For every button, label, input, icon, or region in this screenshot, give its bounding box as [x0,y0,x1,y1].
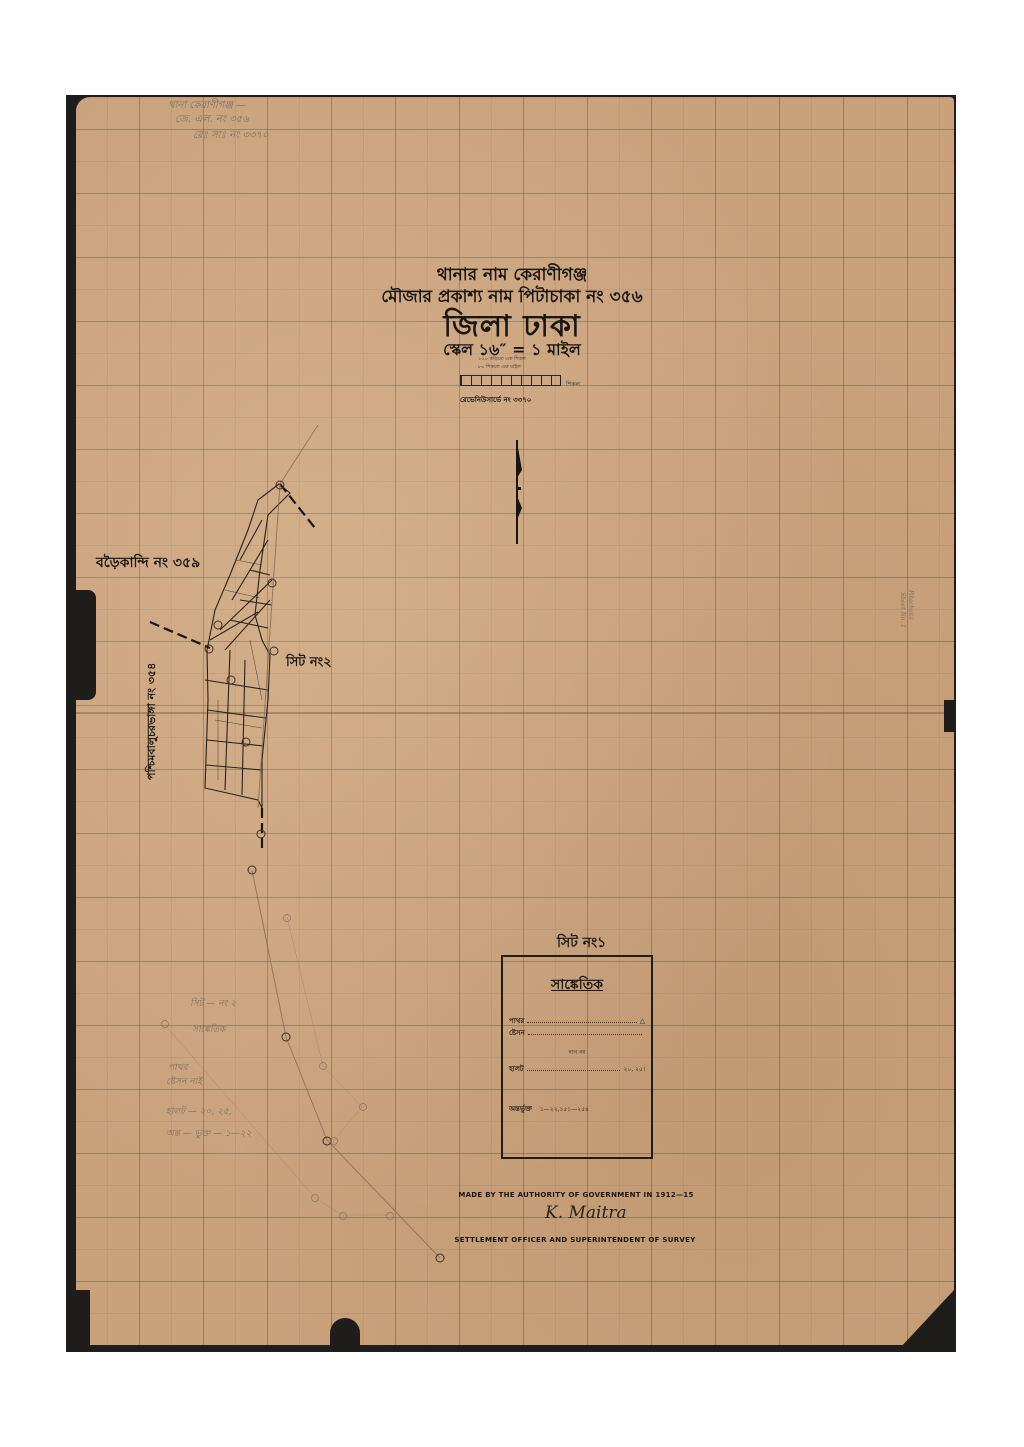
pencil-note-right-2: Sheet No. 1 [899,592,906,628]
legend-label-halot: হালট [509,1063,524,1075]
legend-row-included: অন্তর্ভুক্ত ১—২২,১৫১—২৫৪ [509,1103,645,1115]
leader-dots [527,1066,621,1071]
north-arrow-icon [510,440,524,544]
sheet-2-label: সিট নং২ [286,653,332,674]
torn-edge-left-lower [76,1290,90,1345]
pencil-note-bottom-left-6: অন্ত — ভুক্ত — ১—২২ [166,1126,251,1141]
legend-row-station: ষ্টেসন [509,1027,645,1039]
torn-edge-left [76,590,96,700]
leader-dots [527,1018,636,1023]
triangle-icon: △ [640,1017,645,1025]
torn-edge-bottom [330,1318,360,1348]
fold-crease [76,712,954,714]
scale-bar [460,375,561,386]
pencil-note-bottom-left-4: ষ্টেসন নাই [166,1074,202,1089]
torn-edge-right [944,700,954,732]
legend-label-stone: পাথর [509,1015,524,1027]
authority-statement: MADE BY THE AUTHORITY OF GOVERNMENT IN 1… [0,1191,1024,1199]
pencil-note-bottom-left-3: পাথর [168,1060,188,1075]
legend-value-halot: ২০, ২৫। [623,1064,645,1075]
legend-value-included: ১—২২,১৫১—২৫৪ [540,1104,589,1115]
legend-label-station: ষ্টেসন [509,1027,525,1039]
scale-note-2: ৮০ শিকলে এক মাইল [478,364,521,372]
legend-row-stone: পাথর △ [509,1015,645,1027]
pencil-note-right-1: Pitachaka [907,590,914,620]
pencil-note-bottom-left-1: সিট — নং ২ [190,996,236,1011]
legend-title: সাঙ্কেতিক [503,973,651,997]
officer-signature: K. Maitra [545,1203,627,1223]
legend-row-halot: হালট ২০, ২৫। [509,1063,645,1075]
legend-plot-heading: দাগ নং [503,1047,651,1058]
revenue-survey-number: রেভেনিউসার্ভে নং ৩৩৭০ [460,394,531,406]
scale-note-1: ১০০ কড়িতে এক শিকল [478,356,526,364]
sheet-1-label: সিট নং১ [557,931,606,955]
legend-box: সাঙ্কেতিক পাথর △ ষ্টেসন দাগ নং হালট ২০, … [501,955,653,1159]
scale-bar-unit: শিকল [566,379,580,390]
pencil-note-bottom-left-5: হালট — ২০, ২৫, [166,1104,232,1119]
pencil-note-top-left-2: জে. এল. নং ৩৫৬ [175,112,249,129]
officer-title: SETTLEMENT OFFICER AND SUPERINTENDENT OF… [0,1236,1024,1244]
neighbor-mouza-label-west: পশ্চিমবালুচরভাঙ্গা নং ৩৫৪ [143,663,162,780]
neighbor-mouza-label-north-west: বড়ৈকান্দি নং ৩৫৯ [96,551,200,575]
pencil-note-bottom-left-2: সাঙ্কেতিক [192,1022,225,1037]
legend-label-included: অন্তর্ভুক্ত [509,1103,532,1115]
leader-dots [528,1030,642,1035]
pencil-note-top-left-3: রেঃ সাঃ নং ৩৩৭০ [193,128,269,145]
